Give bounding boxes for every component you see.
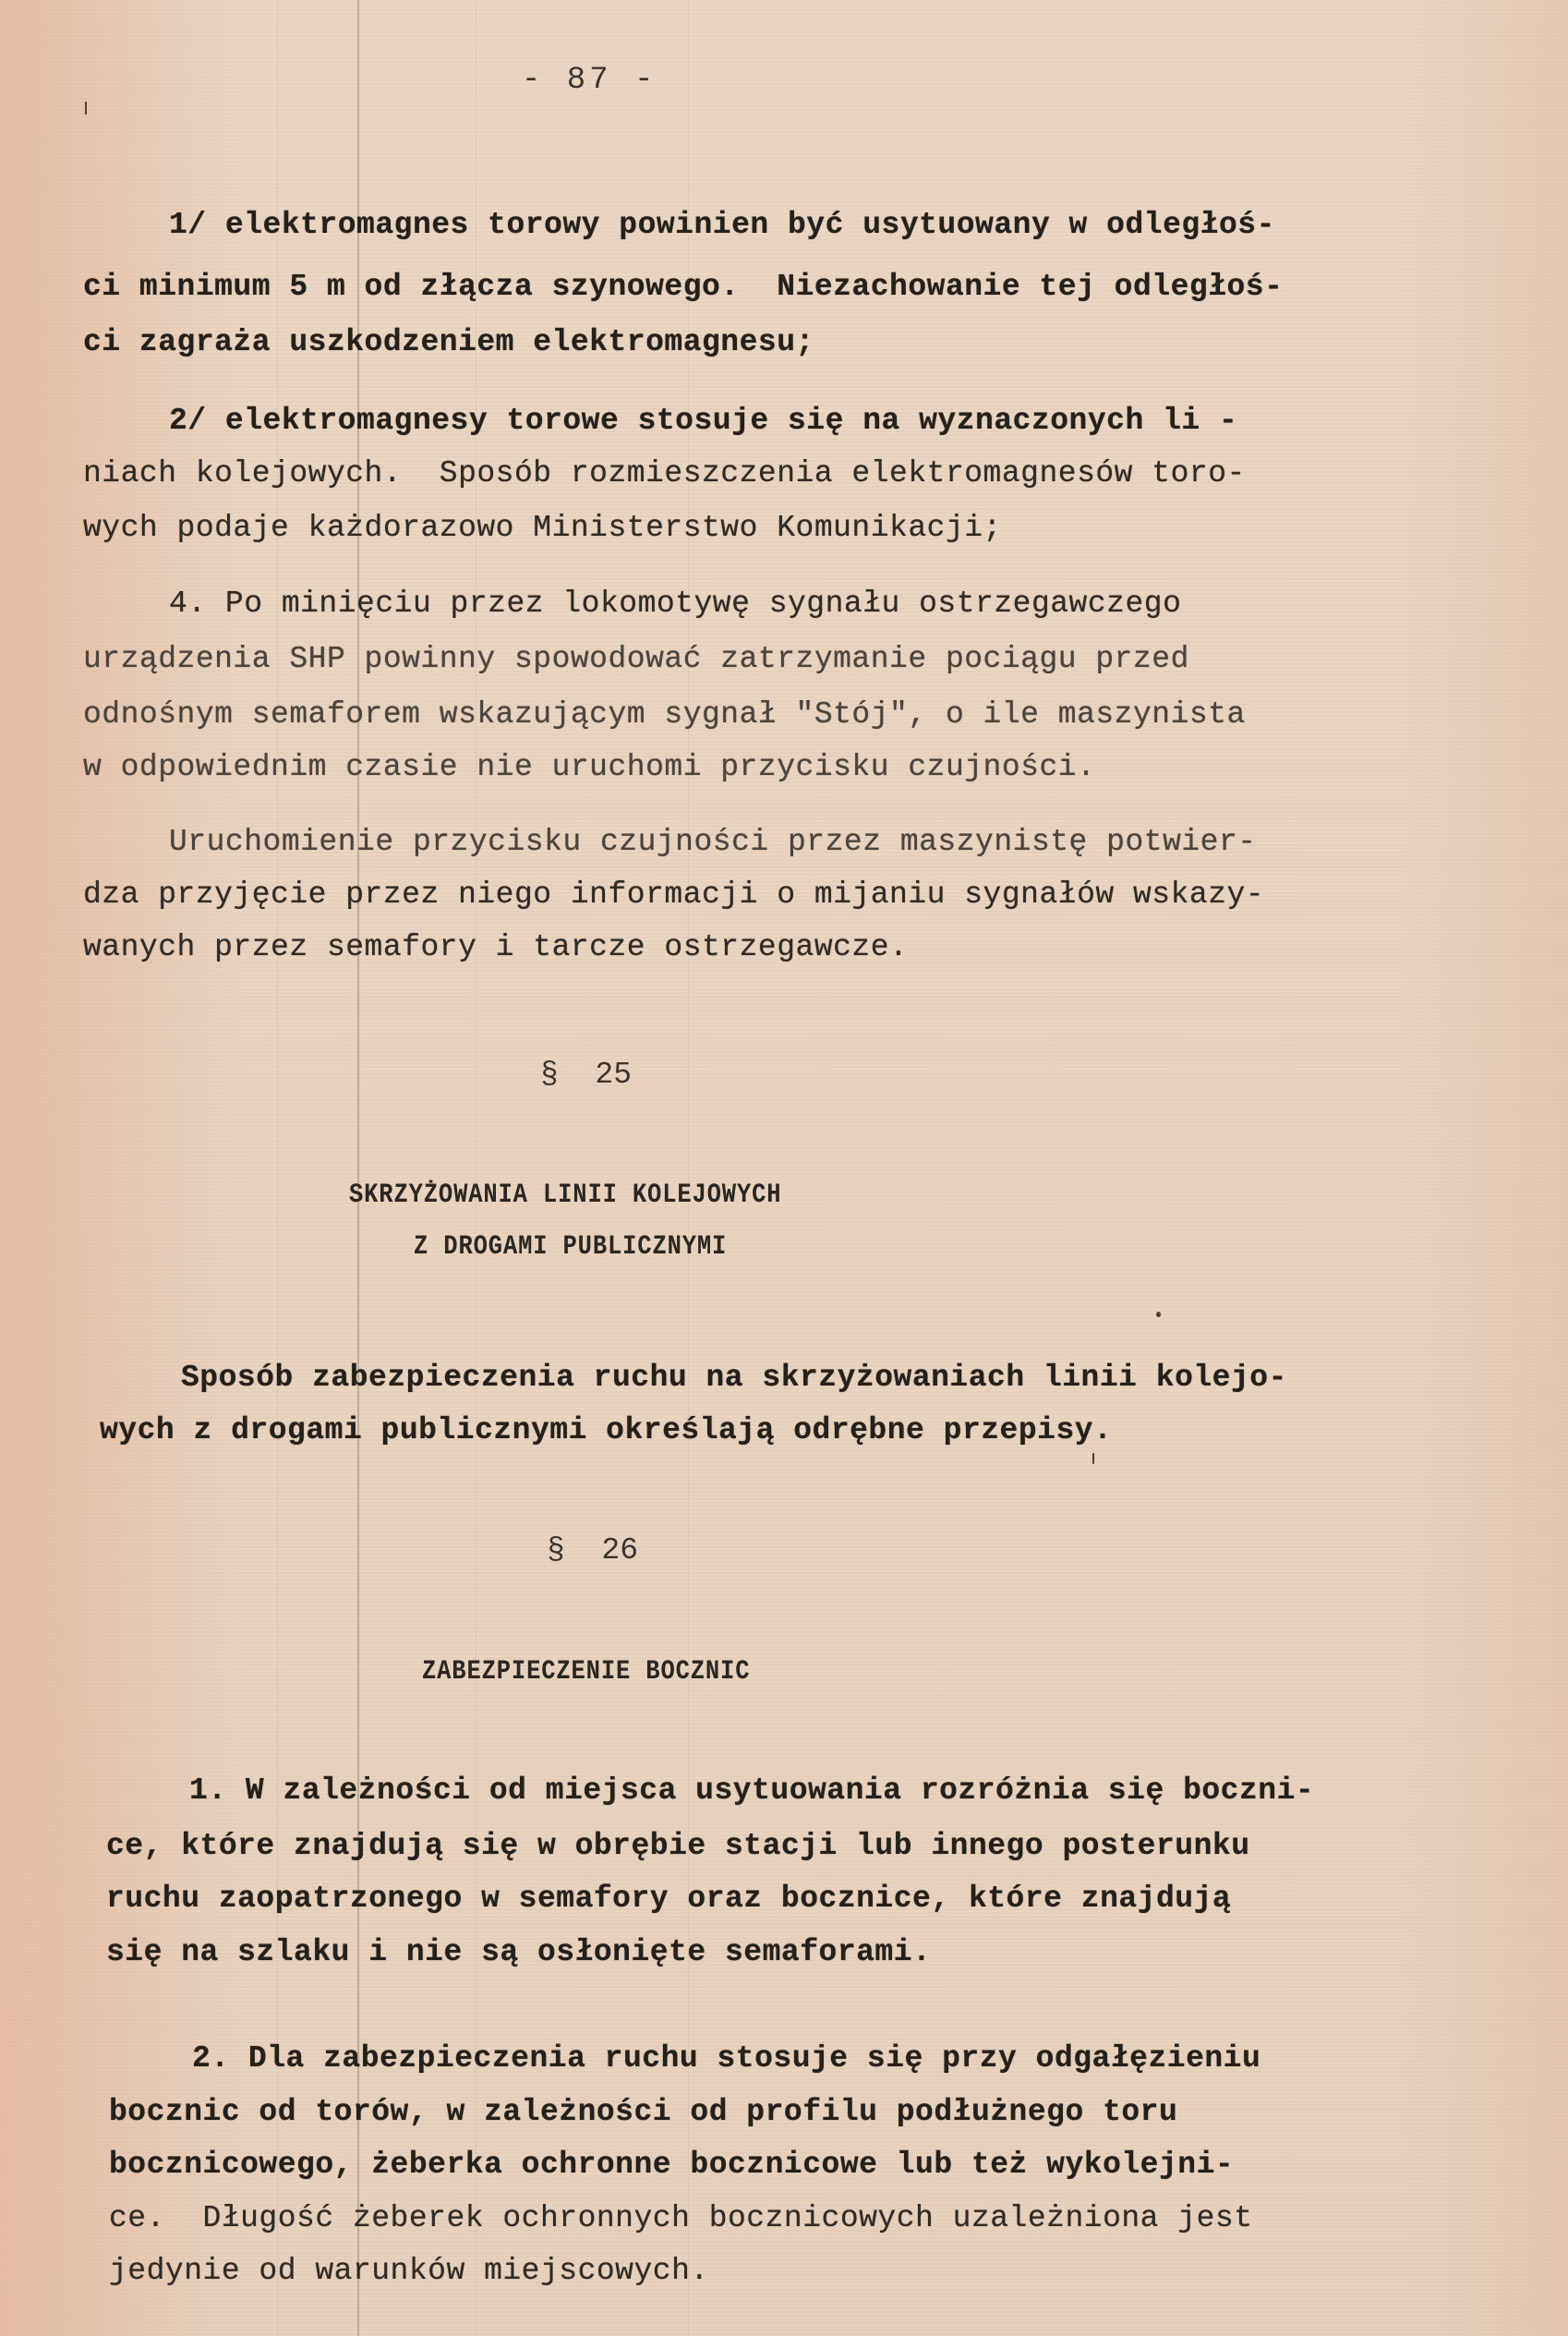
text-line: się na szlaku i nie są osłonięte semafor… (106, 1935, 931, 1969)
text-line: ci minimum 5 m od złącza szynowego. Niez… (83, 270, 1283, 304)
text-line: ruchu zaopatrzonego w semafory oraz bocz… (106, 1882, 1231, 1916)
page-number: - 87 - (522, 63, 657, 98)
text-line: 1/ elektromagnes torowy powinien być usy… (169, 208, 1275, 242)
text-line: 2/ elektromagnesy torowe stosuje się na … (169, 404, 1237, 438)
text-line: Uruchomienie przycisku czujności przez m… (169, 825, 1257, 859)
ink-speck (85, 102, 87, 115)
section-title-line-2: Z DROGAMI PUBLICZNYMI (414, 1231, 727, 1263)
text-line: wych z drogami publicznymi określają odr… (100, 1413, 1112, 1447)
text-line: odnośnym semaforem wskazującym sygnał "S… (83, 697, 1246, 732)
text-line: bocznicowego, żeberka ochronne bocznicow… (109, 2148, 1234, 2182)
section-title-line-1: SKRZYŻOWANIA LINII KOLEJOWYCH (349, 1180, 781, 1211)
text-line: wanych przez semafory i tarcze ostrzegaw… (83, 930, 908, 964)
ink-speck (1092, 1453, 1094, 1464)
text-line: ce. Długość żeberek ochronnych bocznicow… (109, 2201, 1253, 2235)
text-line: 1. W zależności od miejsca usytuowania r… (189, 1773, 1314, 1808)
text-line: ci zagraża uszkodzeniem elektromagnesu; (83, 325, 814, 359)
section-number: § 26 (547, 1533, 638, 1567)
text-line: bocznic od torów, w zależności od profil… (109, 2095, 1177, 2129)
text-line: 2. Dla zabezpieczenia ruchu stosuje się … (192, 2041, 1260, 2076)
section-number: § 25 (540, 1058, 632, 1092)
text-line: 4. Po minięciu przez lokomotywę sygnału … (169, 587, 1181, 621)
section-title: ZABEZPIECZENIE BOCZNIC (422, 1656, 750, 1688)
text-line: niach kolejowych. Sposób rozmieszczenia … (83, 456, 1246, 490)
text-line: w odpowiednim czasie nie uruchomi przyci… (83, 750, 1095, 784)
text-line: wych podaje każdorazowo Ministerstwo Kom… (83, 511, 1002, 545)
text-line: jedynie od warunków miejscowych. (109, 2254, 709, 2288)
text-line: Sposób zabezpieczenia ruchu na skrzyżowa… (181, 1361, 1287, 1395)
text-line: dza przyjęcie przez niego informacji o m… (83, 878, 1264, 912)
text-line: urządzenia SHP powinny spowodować zatrzy… (83, 642, 1189, 676)
text-line: ce, które znajdują się w obrębie stacji … (106, 1829, 1250, 1863)
ink-speck (1156, 1312, 1161, 1317)
